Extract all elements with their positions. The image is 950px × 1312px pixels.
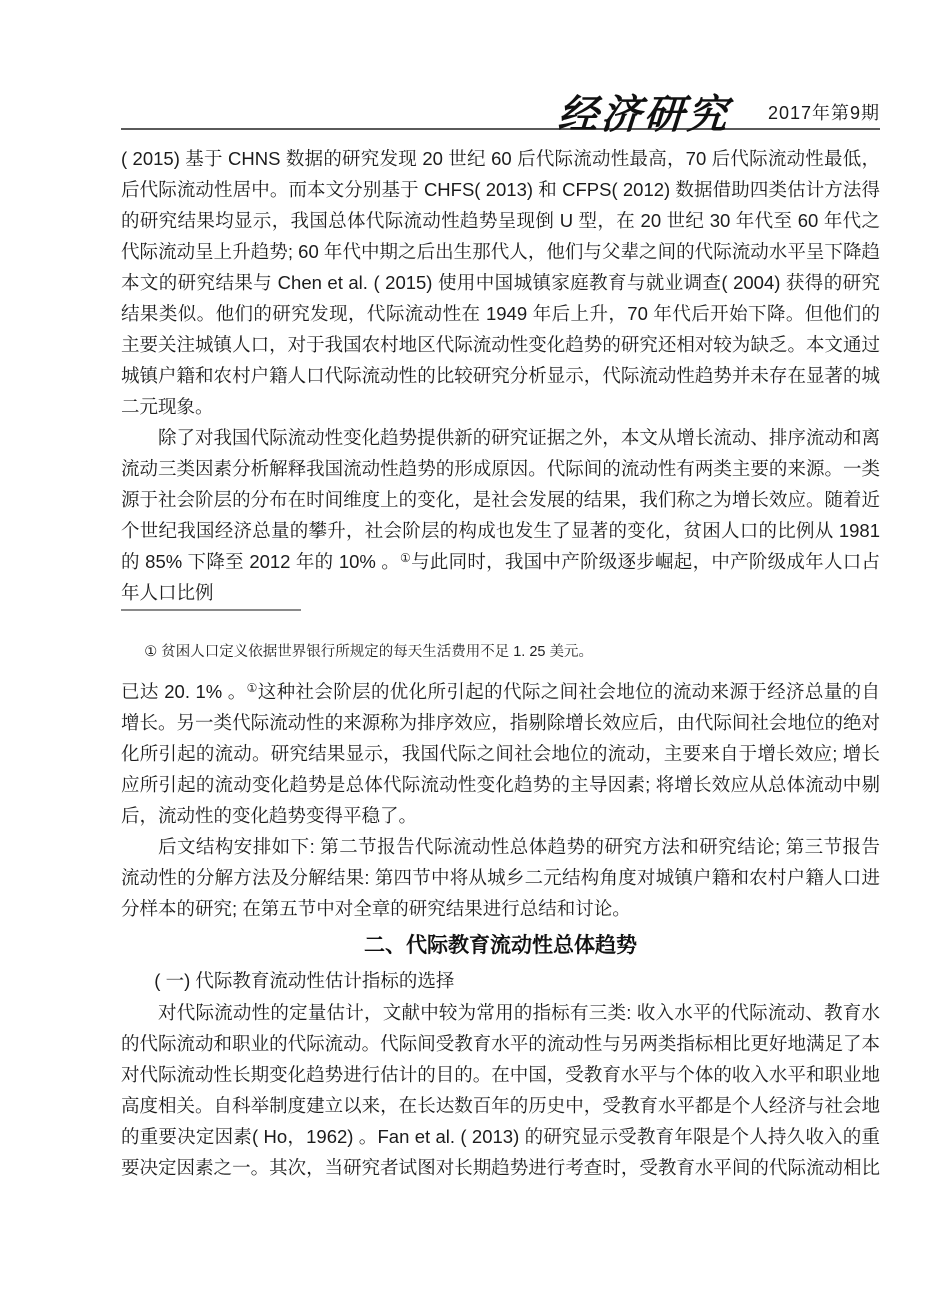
body-line: 增长。另一类代际流动性的来源称为排序效应，指剔除增长效应后，由代际间社会地位的绝… — [121, 707, 880, 738]
body-line: 已达 20. 1% 。①这种社会阶层的优化所引起的代际之间社会地位的流动来源于经… — [121, 676, 880, 707]
footnote-text: ① 贫困人口定义依据世界银行所规定的每天生活费用不足 1. 25 美元。 — [121, 642, 880, 662]
body-line: 代际流动呈上升趋势; 60 年代中期之后出生那代人，他们与父辈之间的代际流动水平… — [121, 236, 880, 267]
footnote-ref-1: ① — [400, 551, 411, 565]
body-line: 后文结构安排如下: 第二节报告代际流动性总体趋势的研究方法和研究结论; 第三节报… — [121, 831, 880, 862]
body-line: 后，流动性的变化趋势变得平稳了。 — [121, 800, 880, 831]
article-body: ( 2015) 基于 CHNS 数据的研究发现 20 世纪 60 后代际流动性最… — [121, 143, 880, 1183]
body-line: 化所引起的流动。研究结果显示，我国代际之间社会地位的流动，主要来自于增长效应; … — [121, 738, 880, 769]
line-text: 已达 20. 1% 。 — [121, 681, 247, 702]
body-line: 的研究结果均显示，我国总体代际流动性趋势呈现倒 U 型，在 20 世纪 30 年… — [121, 205, 880, 236]
body-line: 个世纪我国经济总量的攀升，社会阶层的构成也发生了显著的变化，贫困人口的比例从 1… — [121, 515, 880, 546]
line-text: 的 85% 下降至 2012 年的 10% 。 — [121, 551, 400, 572]
journal-page: 经济研究 2017年第9期 ( 2015) 基于 CHNS 数据的研究发现 20… — [0, 0, 950, 1312]
body-line: 流动性的分解方法及分解结果: 第四节中将从城乡二元结构角度对城镇户籍和农村户籍人… — [121, 862, 880, 893]
body-line: 分样本的研究; 在第五节中对全章的研究结果进行总结和讨论。 — [121, 893, 880, 924]
body-line: 主要关注城镇人口，对于我国农村地区代际流动性变化趋势的研究还相对较为缺乏。本文通… — [121, 329, 880, 360]
body-line: 的重要决定因素( Ho，1962) 。Fan et al. ( 2013) 的研… — [121, 1121, 880, 1152]
issue-label: 2017年第9期 — [768, 99, 880, 125]
body-line: 二元现象。 — [121, 391, 880, 422]
body-line: 高度相关。自科举制度建立以来，在长达数百年的历史中，受教育水平都是个人经济与社会… — [121, 1090, 880, 1121]
body-line: 要决定因素之一。其次，当研究者试图对长期趋势进行考查时，受教育水平间的代际流动相… — [121, 1152, 880, 1183]
body-line: 本文的研究结果与 Chen et al. ( 2015) 使用中国城镇家庭教育与… — [121, 267, 880, 298]
body-line: 除了对我国代际流动性变化趋势提供新的研究证据之外，本文从增长流动、排序流动和离散 — [121, 422, 880, 453]
body-line: 城镇户籍和农村户籍人口代际流动性的比较研究分析显示，代际流动性趋势并未存在显著的… — [121, 360, 880, 391]
body-line: 对代际流动性的定量估计，文献中较为常用的指标有三类: 收入水平的代际流动、教育水… — [121, 997, 880, 1028]
body-line: 的 85% 下降至 2012 年的 10% 。①与此同时，我国中产阶级逐步崛起，… — [121, 546, 880, 577]
body-line: ( 2015) 基于 CHNS 数据的研究发现 20 世纪 60 后代际流动性最… — [121, 143, 880, 174]
body-line: 后代际流动性居中。而本文分别基于 CHFS( 2013) 和 CFPS( 201… — [121, 174, 880, 205]
body-line: 对代际流动性长期变化趋势进行估计的目的。在中国，受教育水平与个体的收入水平和职业… — [121, 1059, 880, 1090]
body-line: 流动三类因素分析解释我国流动性趋势的形成原因。代际间的流动性有两类主要的来源。一… — [121, 453, 880, 484]
subsection-heading: ( 一) 代际教育流动性估计指标的选择 — [121, 964, 880, 997]
body-line: 的代际流动和职业的代际流动。代际间受教育水平的流动性与另两类指标相比更好地满足了… — [121, 1028, 880, 1059]
footnote-ref-2: ① — [247, 681, 258, 695]
body-line: 源于社会阶层的分布在时间维度上的变化，是社会发展的结果，我们称之为增长效应。随着… — [121, 484, 880, 515]
body-line: 结果类似。他们的研究发现，代际流动性在 1949 年后上升，70 年代后开始下降… — [121, 298, 880, 329]
footnote-divider — [121, 609, 301, 611]
journal-header: 经济研究 2017年第9期 — [121, 84, 880, 130]
section-heading: 二、代际教育流动性总体趋势 — [121, 928, 880, 964]
journal-logo: 经济研究 — [557, 95, 732, 135]
body-line: 应所引起的流动变化趋势是总体代际流动性变化趋势的主导因素; 将增长效应从总体流动… — [121, 769, 880, 800]
body-line: 年人口比例 — [121, 577, 880, 608]
